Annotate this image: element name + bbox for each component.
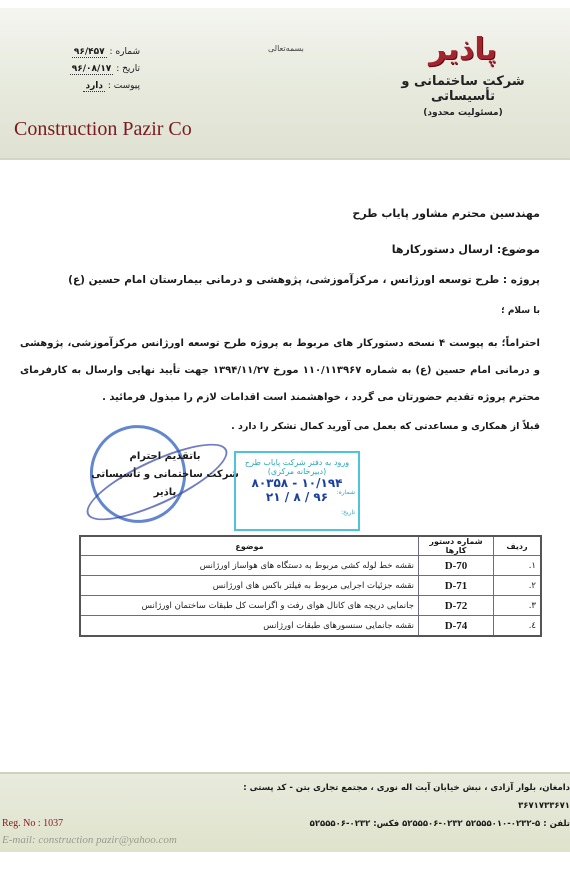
meta-attachment-label: پیوست : xyxy=(108,81,140,91)
stamp-date-label: تاریخ: xyxy=(341,509,355,516)
signature-company: شرکت ساختمانی و تأسیساتی پاذیر xyxy=(90,466,240,502)
row-index: ۳. xyxy=(494,596,542,616)
body-paragraph: احتراماً؛ به پیوست ۴ نسخه دستورکار های م… xyxy=(20,330,540,411)
meta-attachment-value: دارد xyxy=(83,81,105,92)
phone-line: تلفن : ۵-۰۲۳۲-۵۲۵۵۵۰۱۰ ۰۲۳۲-۵۲۵۵۵۰۶ فکس:… xyxy=(190,815,570,833)
thanks-line: قبلاً از همکاری و مساعدتی که بعمل می آور… xyxy=(20,421,540,432)
row-desc: نقشه جانمایی سنسورهای طبقات اورژانس xyxy=(80,616,419,637)
meta-date: تاریخ : ۹۶/۰۸/۱۷ xyxy=(30,61,140,78)
address-line: دامغان، بلوار آزادی ، نبش خیابان آیت اله… xyxy=(190,779,570,815)
company-name: شرکت ساختمانی و تأسیساتی xyxy=(378,74,548,104)
company-logo: پاذیر xyxy=(378,32,548,68)
meta-attachment: پیوست : دارد xyxy=(30,78,140,95)
stamp-number: ۱۰/۱۹۴ - ۸۰۳۵۸ xyxy=(236,476,358,490)
stamp-line1: ورود به دفتر شرکت پایاب طرح xyxy=(236,458,358,467)
meta-number-value: ۹۶/۴۵۷ xyxy=(72,47,107,58)
closing: باتقدیم احترام xyxy=(90,448,240,466)
col-order-number: شماره دستور کارها xyxy=(419,536,494,556)
project: پروژه : طرح توسعه اورژانس ، مرکزآموزشی، … xyxy=(20,274,540,286)
greeting: با سلام ؛ xyxy=(20,306,540,316)
row-code: D-74 xyxy=(419,616,494,637)
table-row: ٤. D-74 نقشه جانمایی سنسورهای طبقات اورژ… xyxy=(80,616,541,637)
row-desc: نقشه خط لوله کشی مربوط به دستگاه های هوا… xyxy=(80,556,419,576)
table-row: ۱. D-70 نقشه خط لوله کشی مربوط به دستگاه… xyxy=(80,556,541,576)
company-brand: پاذیر شرکت ساختمانی و تأسیساتی (مسئولیت … xyxy=(378,32,548,118)
meta-date-label: تاریخ : xyxy=(116,64,140,74)
meta-number: شماره : ۹۶/۴۵۷ xyxy=(30,44,140,61)
col-row-number: ردیف xyxy=(494,536,542,556)
col-subject: موضوع xyxy=(80,536,419,556)
bismillah: بسمه‌تعالی xyxy=(268,44,304,53)
row-code: D-70 xyxy=(419,556,494,576)
registration-number: Reg. No : 1037 xyxy=(2,818,63,829)
company-type: (مسئولیت محدود) xyxy=(378,108,548,118)
row-index: ۱. xyxy=(494,556,542,576)
stamp-line2: (دبیرخانه مرکزی) xyxy=(236,467,358,476)
table-row: ۲. D-71 نقشه جزئیات اجرایی مربوط به فیلت… xyxy=(80,576,541,596)
row-code: D-72 xyxy=(419,596,494,616)
meta-number-label: شماره : xyxy=(110,47,140,57)
row-index: ۲. xyxy=(494,576,542,596)
table-header-row: ردیف شماره دستور کارها موضوع xyxy=(80,536,541,556)
table-row: ۳. D-72 جانمایی دریچه های کانال هوای رفت… xyxy=(80,596,541,616)
row-index: ٤. xyxy=(494,616,542,637)
subject: موضوع: ارسال دستورکارها xyxy=(20,243,540,256)
work-orders-table: ردیف شماره دستور کارها موضوع ۱. D-70 نقش… xyxy=(79,535,542,637)
meta-date-value: ۹۶/۰۸/۱۷ xyxy=(70,64,114,75)
row-code: D-71 xyxy=(419,576,494,596)
addressee: مهندسین محترم مشاور پایاب طرح xyxy=(20,207,540,220)
english-company-name: Construction Pazir Co xyxy=(14,118,192,141)
row-desc: نقشه جزئیات اجرایی مربوط به فیلتر باکس ه… xyxy=(80,576,419,596)
letter-meta: شماره : ۹۶/۴۵۷ تاریخ : ۹۶/۰۸/۱۷ پیوست : … xyxy=(30,44,140,95)
email-address: E-mail: construction pazir@yahoo.com xyxy=(2,834,177,846)
stamp-number-label: شماره: xyxy=(337,489,355,496)
row-desc: جانمایی دریچه های کانال هوای رفت و اگزاس… xyxy=(80,596,419,616)
received-stamp: ورود به دفتر شرکت پایاب طرح (دبیرخانه مر… xyxy=(234,451,360,531)
footer-address: دامغان، بلوار آزادی ، نبش خیابان آیت اله… xyxy=(190,779,570,833)
signature-block: باتقدیم احترام شرکت ساختمانی و تأسیساتی … xyxy=(90,448,240,502)
